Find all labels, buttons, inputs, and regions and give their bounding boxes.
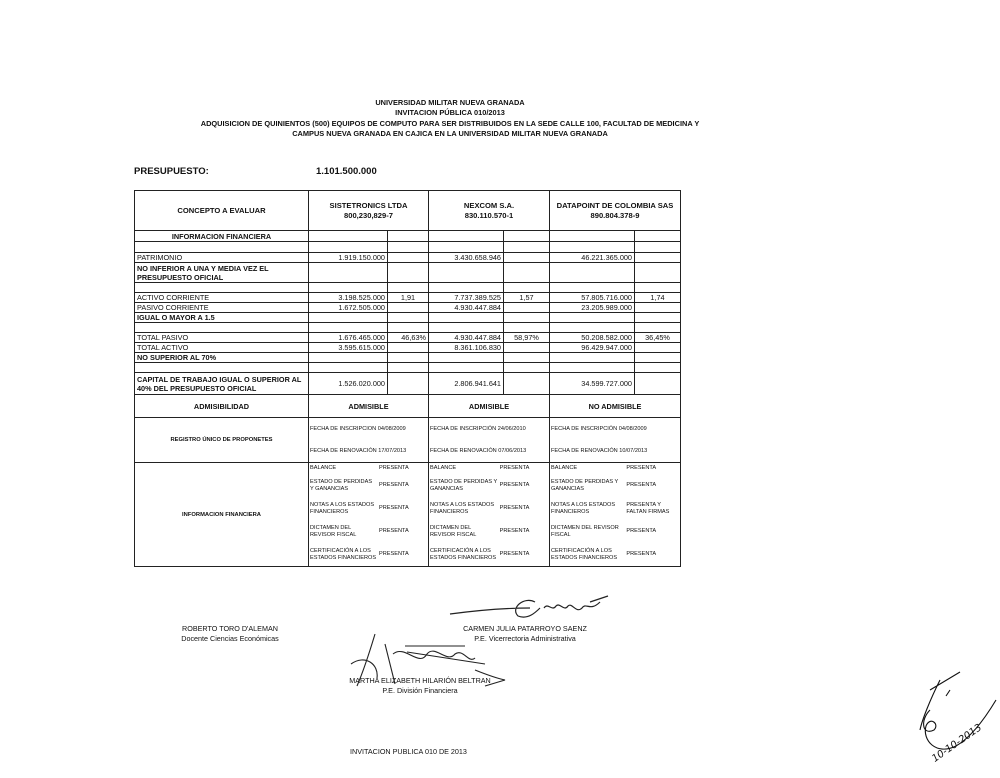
- financial-doc-item: ESTADO DE PERDIDAS Y GANANCIASPRESENTA: [550, 474, 680, 497]
- budget-value: 1.101.500.000: [316, 166, 377, 177]
- financial-doc-item: BALANCEPRESENTA: [550, 463, 680, 474]
- table-row: INFORMACION FINANCIERA: [135, 231, 681, 242]
- doc-status: PRESENTA: [378, 543, 428, 566]
- doc-status: PRESENTA: [499, 543, 549, 566]
- table-row: ACTIVO CORRIENTE 3.198.525.0001,91 7.737…: [135, 293, 681, 303]
- financial-doc-item: BALANCEPRESENTA: [429, 463, 549, 474]
- financial-doc-item: DICTAMEN DEL REVISOR FISCALPRESENTA: [429, 520, 549, 543]
- bidder-header-nexcom: NEXCOM S.A.830.110.570-1: [429, 191, 550, 231]
- budget-label: PRESUPUESTO:: [134, 166, 209, 177]
- doc-status: PRESENTA: [499, 497, 549, 520]
- financial-docs-row: INFORMACION FINANCIERA BALANCEPRESENTAES…: [135, 463, 681, 567]
- financial-doc-item: DICTAMEN DEL REVISOR FISCALPRESENTA: [309, 520, 428, 543]
- doc-status: PRESENTA: [378, 474, 428, 497]
- table-row: PASIVO CORRIENTE 1.672.505.000 4.930.447…: [135, 303, 681, 313]
- doc-status: PRESENTA: [625, 463, 680, 474]
- financial-doc-item: CERTIFICACIÓN A LOS ESTADOS FINANCIEROSP…: [550, 543, 680, 566]
- table-row: CAPITAL DE TRABAJO IGUAL O SUPERIOR AL 4…: [135, 373, 681, 395]
- doc-status: PRESENTA: [625, 520, 680, 543]
- table-header-row: CONCEPTO A EVALUAR SISTETRONICS LTDA800,…: [135, 191, 681, 231]
- doc-status: PRESENTA: [378, 520, 428, 543]
- table-row: IGUAL O MAYOR A 1.5: [135, 313, 681, 323]
- financial-doc-item: BALANCEPRESENTA: [309, 463, 428, 474]
- bidder-header-datapoint: DATAPOINT DE COLOMBIA SAS890.804.378-9: [550, 191, 681, 231]
- page-footer: INVITACION PUBLICA 010 DE 2013: [350, 747, 467, 756]
- financial-doc-item: NOTAS A LOS ESTADOS FINANCIEROSPRESENTA: [309, 497, 428, 520]
- signature-block-roberto: ROBERTO TORO D'ALEMAN Docente Ciencias E…: [150, 624, 310, 643]
- status-badge: ADMISIBLE: [429, 395, 550, 418]
- section-financial: INFORMACION FINANCIERA: [135, 231, 309, 242]
- university-title: UNIVERSIDAD MILITAR NUEVA GRANADA: [50, 98, 850, 108]
- signature-carmen: [440, 588, 610, 628]
- doc-status: PRESENTA: [499, 474, 549, 497]
- invitation-subject-line2: CAMPUS NUEVA GRANADA EN CAJICA EN LA UNI…: [50, 129, 850, 139]
- admissibility-row: ADMISIBILIDAD ADMISIBLE ADMISIBLE NO ADM…: [135, 395, 681, 418]
- financial-doc-item: CERTIFICACIÓN A LOS ESTADOS FINANCIEROSP…: [429, 543, 549, 566]
- financial-doc-item: NOTAS A LOS ESTADOS FINANCIEROSPRESENTA: [429, 497, 549, 520]
- doc-status: PRESENTA: [625, 474, 680, 497]
- rup-row: REGISTRO ÚNICO DE PROPONETES FECHA DE IN…: [135, 418, 681, 463]
- table-row: TOTAL ACTIVO 3.595.615.000 8.361.106.830…: [135, 343, 681, 353]
- table-row: NO SUPERIOR AL 70%: [135, 353, 681, 363]
- doc-status: PRESENTA: [378, 497, 428, 520]
- financial-doc-item: DICTAMEN DEL REVISOR FISCALPRESENTA: [550, 520, 680, 543]
- bidder-header-sistetronics: SISTETRONICS LTDA800,230,829-7: [309, 191, 429, 231]
- table-row: PATRIMONIO 1.919.150.000 3.430.658.946 4…: [135, 253, 681, 263]
- doc-status: PRESENTA Y FALTAN FIRMAS: [625, 497, 680, 520]
- concept-header: CONCEPTO A EVALUAR: [135, 191, 309, 231]
- doc-status: PRESENTA: [499, 463, 549, 474]
- doc-status: PRESENTA: [378, 463, 428, 474]
- table-row: NO INFERIOR A UNA Y MEDIA VEZ EL PRESUPU…: [135, 263, 681, 283]
- invitation-subject-line1: ADQUISICION DE QUINIENTOS (500) EQUIPOS …: [50, 119, 850, 129]
- financial-doc-item: ESTADO DE PERDIDAS Y GANANCIASPRESENTA: [309, 474, 428, 497]
- doc-status: PRESENTA: [499, 520, 549, 543]
- financial-doc-item: ESTADO DE PERDIDAS Y GANANCIASPRESENTA: [429, 474, 549, 497]
- evaluation-table: CONCEPTO A EVALUAR SISTETRONICS LTDA800,…: [134, 190, 681, 567]
- signature-block-martha: MARTHA ELIZABETH HILARIÓN BELTRAN P.E. D…: [320, 676, 520, 695]
- status-badge: ADMISIBLE: [309, 395, 429, 418]
- table-row: TOTAL PASIVO 1.676.465.00046,63% 4.930.4…: [135, 333, 681, 343]
- financial-doc-item: NOTAS A LOS ESTADOS FINANCIEROSPRESENTA …: [550, 497, 680, 520]
- doc-status: PRESENTA: [625, 543, 680, 566]
- financial-doc-item: CERTIFICACIÓN A LOS ESTADOS FINANCIEROSP…: [309, 543, 428, 566]
- status-badge: NO ADMISIBLE: [550, 395, 681, 418]
- invitation-title: INVITACION PÚBLICA 010/2013: [50, 108, 850, 118]
